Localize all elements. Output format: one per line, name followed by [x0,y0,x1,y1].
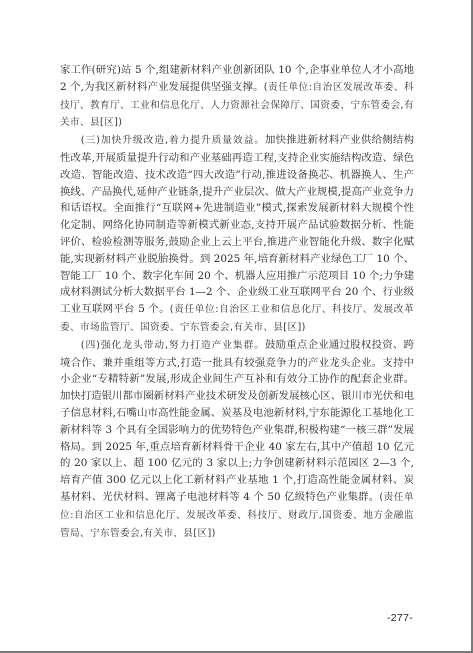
paragraph-upgrade: (三)加快升级改造,着力提升质量效益。加快推进新材料产业供给侧结构性改革,开展质… [60,132,414,337]
paragraph-talent: 家工作(研究)站 5 个,组建新材料产业创新团队 10 个,企事业单位人才小高地… [60,62,414,132]
page-number: -277- [387,612,413,624]
section-heading: (三)加快升级改造,着力提升质量效益。 [81,135,265,146]
document-page: 家工作(研究)站 5 个,组建新材料产业创新团队 10 个,企事业单位人才小高地… [0,0,473,653]
document-body: 家工作(研究)站 5 个,组建新材料产业创新团队 10 个,企事业单位人才小高地… [60,62,414,542]
paragraph-body: 加快推进新材料产业供给侧结构性改革,开展质量提升行动和产业基础再造工程,支持企业… [60,134,414,315]
paragraph-clusters: (四)强化龙头带动,努力打造产业集群。鼓励重点企业通过股权投资、跨境合作、兼并重… [60,337,414,543]
paragraph-body: 鼓励重点企业通过股权投资、跨境合作、兼并重组等方式,打造一批具有较强竞争力的产业… [60,339,414,503]
section-heading: (四)强化龙头带动,努力打造产业集群。 [81,340,265,351]
